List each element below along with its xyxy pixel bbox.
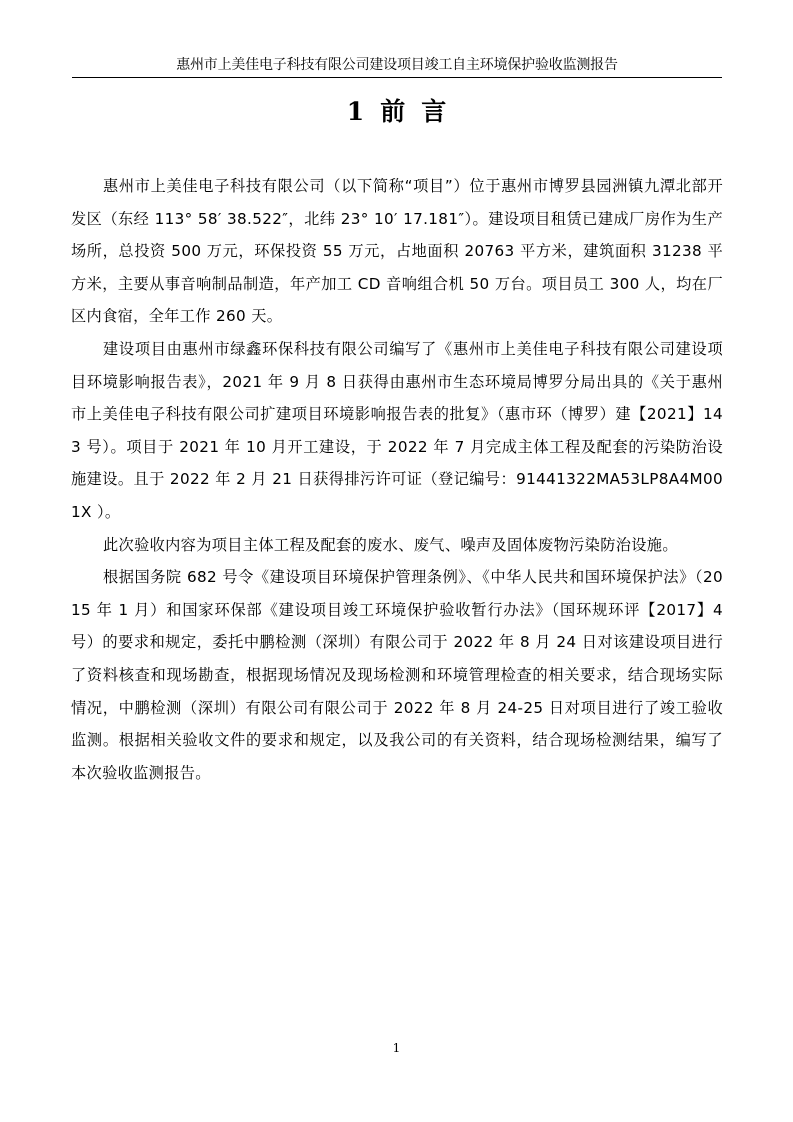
paragraph-regulatory-basis: 根据国务院 682 号令《建设项目环境保护管理条例》、《中华人民共和国环境保护法… bbox=[71, 561, 723, 789]
running-header: 惠州市上美佳电子科技有限公司建设项目竣工自主环境保护验收监测报告 bbox=[72, 55, 722, 78]
section-number: 1 bbox=[347, 94, 364, 130]
running-header-title: 惠州市上美佳电子科技有限公司建设项目竣工自主环境保护验收监测报告 bbox=[176, 57, 618, 73]
paragraph-acceptance-scope: 此次验收内容为项目主体工程及配套的废水、废气、噪声及固体废物污染防治设施。 bbox=[71, 529, 723, 562]
paragraph-project-overview: 惠州市上美佳电子科技有限公司（以下简称“项目”）位于惠州市博罗县园洲镇九潭北部开… bbox=[71, 170, 723, 333]
section-body: 惠州市上美佳电子科技有限公司（以下简称“项目”）位于惠州市博罗县园洲镇九潭北部开… bbox=[71, 170, 723, 789]
section-title-char-2: 言 bbox=[421, 94, 446, 130]
section-title-char-1: 前 bbox=[380, 94, 405, 130]
page-number: 1 bbox=[0, 1040, 793, 1056]
section-heading: 1前言 bbox=[0, 94, 793, 130]
paragraph-eia-approval: 建设项目由惠州市绿鑫环保科技有限公司编写了《惠州市上美佳电子科技有限公司建设项目… bbox=[71, 333, 723, 529]
